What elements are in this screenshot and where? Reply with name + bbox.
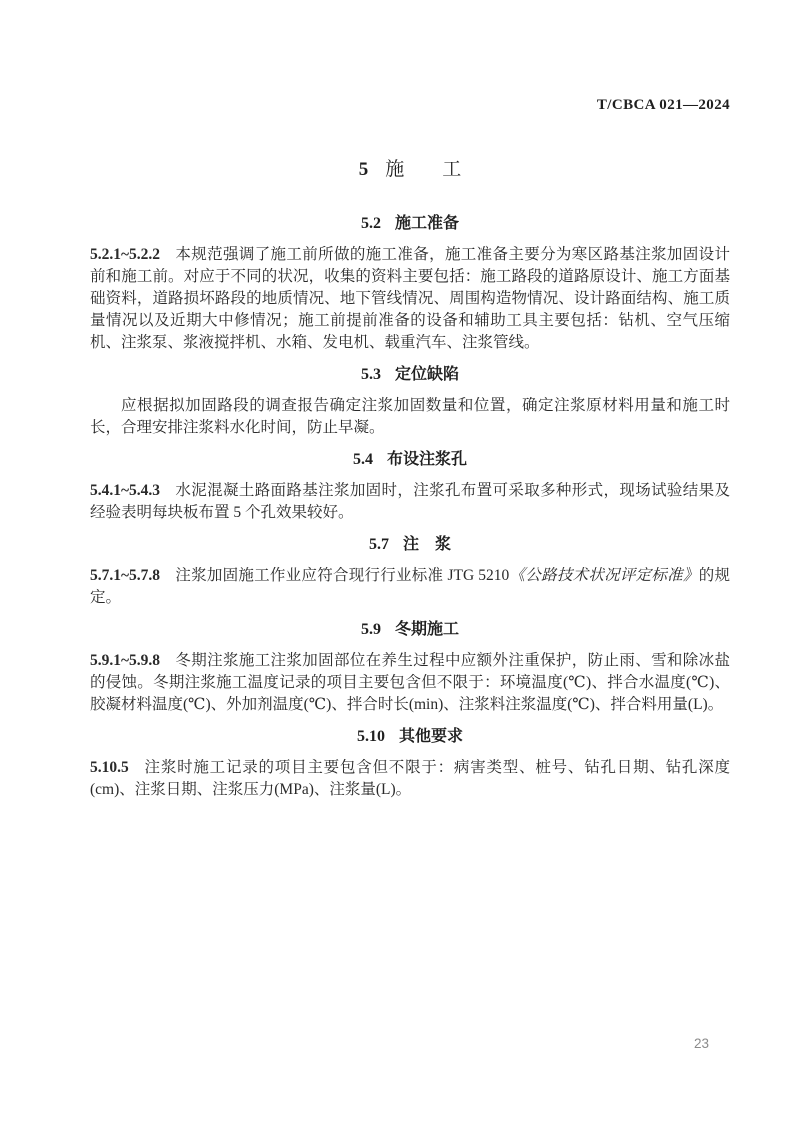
- clause-text: 应根据拟加固路段的调查报告确定注浆加固数量和位置，确定注浆原材料用量和施工时长，…: [90, 397, 730, 436]
- clause-text: 冬期注浆施工注浆加固部位在养生过程中应额外注重保护，防止雨、雪和除冰盐的侵蚀。冬…: [90, 652, 730, 713]
- page-number: 23: [694, 1036, 709, 1052]
- section-title: 定位缺陷: [395, 366, 459, 383]
- clause-text: 水泥混凝土路面路基注浆加固时，注浆孔布置可采取多种形式，现场试验结果及经验表明每…: [90, 482, 730, 521]
- clause-label: 5.7.1~5.7.8: [90, 567, 175, 584]
- section-title: 布设注浆孔: [387, 451, 467, 468]
- clause-label: 5.4.1~5.4.3: [90, 482, 175, 499]
- section-number: 5.3: [361, 366, 381, 383]
- clause-label: 5.10.5: [90, 759, 144, 776]
- section-number: 5.10: [357, 728, 385, 745]
- section-number: 5.7: [369, 536, 389, 553]
- section-heading-5-3: 5.3定位缺陷: [90, 364, 730, 386]
- section-number: 5.4: [353, 451, 373, 468]
- chapter-number: 5: [359, 159, 369, 180]
- section-heading-5-4: 5.4布设注浆孔: [90, 449, 730, 471]
- document-page: T/CBCA 021—2024 5施 工 5.2施工准备 5.2.1~5.2.2…: [0, 0, 800, 1130]
- clause-paragraph-5-3: 应根据拟加固路段的调查报告确定注浆加固数量和位置，确定注浆原材料用量和施工时长，…: [90, 395, 730, 439]
- section-title: 注 浆: [403, 536, 451, 553]
- document-header: T/CBCA 021—2024: [90, 97, 730, 113]
- clause-label: 5.2.1~5.2.2: [90, 246, 175, 263]
- clause-paragraph-5-4: 5.4.1~5.4.3水泥混凝土路面路基注浆加固时，注浆孔布置可采取多种形式，现…: [90, 480, 730, 524]
- section-heading-5-9: 5.9冬期施工: [90, 619, 730, 641]
- section-number: 5.2: [361, 215, 381, 232]
- section-heading-5-2: 5.2施工准备: [90, 213, 730, 235]
- referenced-standard-title: 《公路技术状况评定标准》: [509, 567, 698, 584]
- chapter-name: 施 工: [385, 159, 461, 180]
- clause-paragraph-5-10: 5.10.5注浆时施工记录的项目主要包含但不限于：病害类型、桩号、钻孔日期、钻孔…: [90, 757, 730, 801]
- clause-paragraph-5-2: 5.2.1~5.2.2本规范强调了施工前所做的施工准备，施工准备主要分为寒区路基…: [90, 244, 730, 354]
- clause-text: 本规范强调了施工前所做的施工准备，施工准备主要分为寒区路基注浆加固设计前和施工前…: [90, 246, 730, 351]
- section-title: 其他要求: [399, 728, 463, 745]
- section-heading-5-7: 5.7注 浆: [90, 534, 730, 556]
- clause-paragraph-5-9: 5.9.1~5.9.8冬期注浆施工注浆加固部位在养生过程中应额外注重保护，防止雨…: [90, 650, 730, 716]
- clause-text: 注浆加固施工作业应符合现行行业标准 JTG 5210: [175, 567, 509, 584]
- section-heading-5-10: 5.10其他要求: [90, 726, 730, 748]
- clause-paragraph-5-7: 5.7.1~5.7.8注浆加固施工作业应符合现行行业标准 JTG 5210《公路…: [90, 565, 730, 609]
- section-title: 施工准备: [395, 215, 459, 232]
- doc-code: T/CBCA 021—2024: [597, 97, 730, 113]
- clause-text: 注浆时施工记录的项目主要包含但不限于：病害类型、桩号、钻孔日期、钻孔深度(cm)…: [90, 759, 730, 798]
- clause-label: 5.9.1~5.9.8: [90, 652, 175, 669]
- section-title: 冬期施工: [395, 621, 459, 638]
- section-number: 5.9: [361, 621, 381, 638]
- chapter-title: 5施 工: [90, 157, 730, 183]
